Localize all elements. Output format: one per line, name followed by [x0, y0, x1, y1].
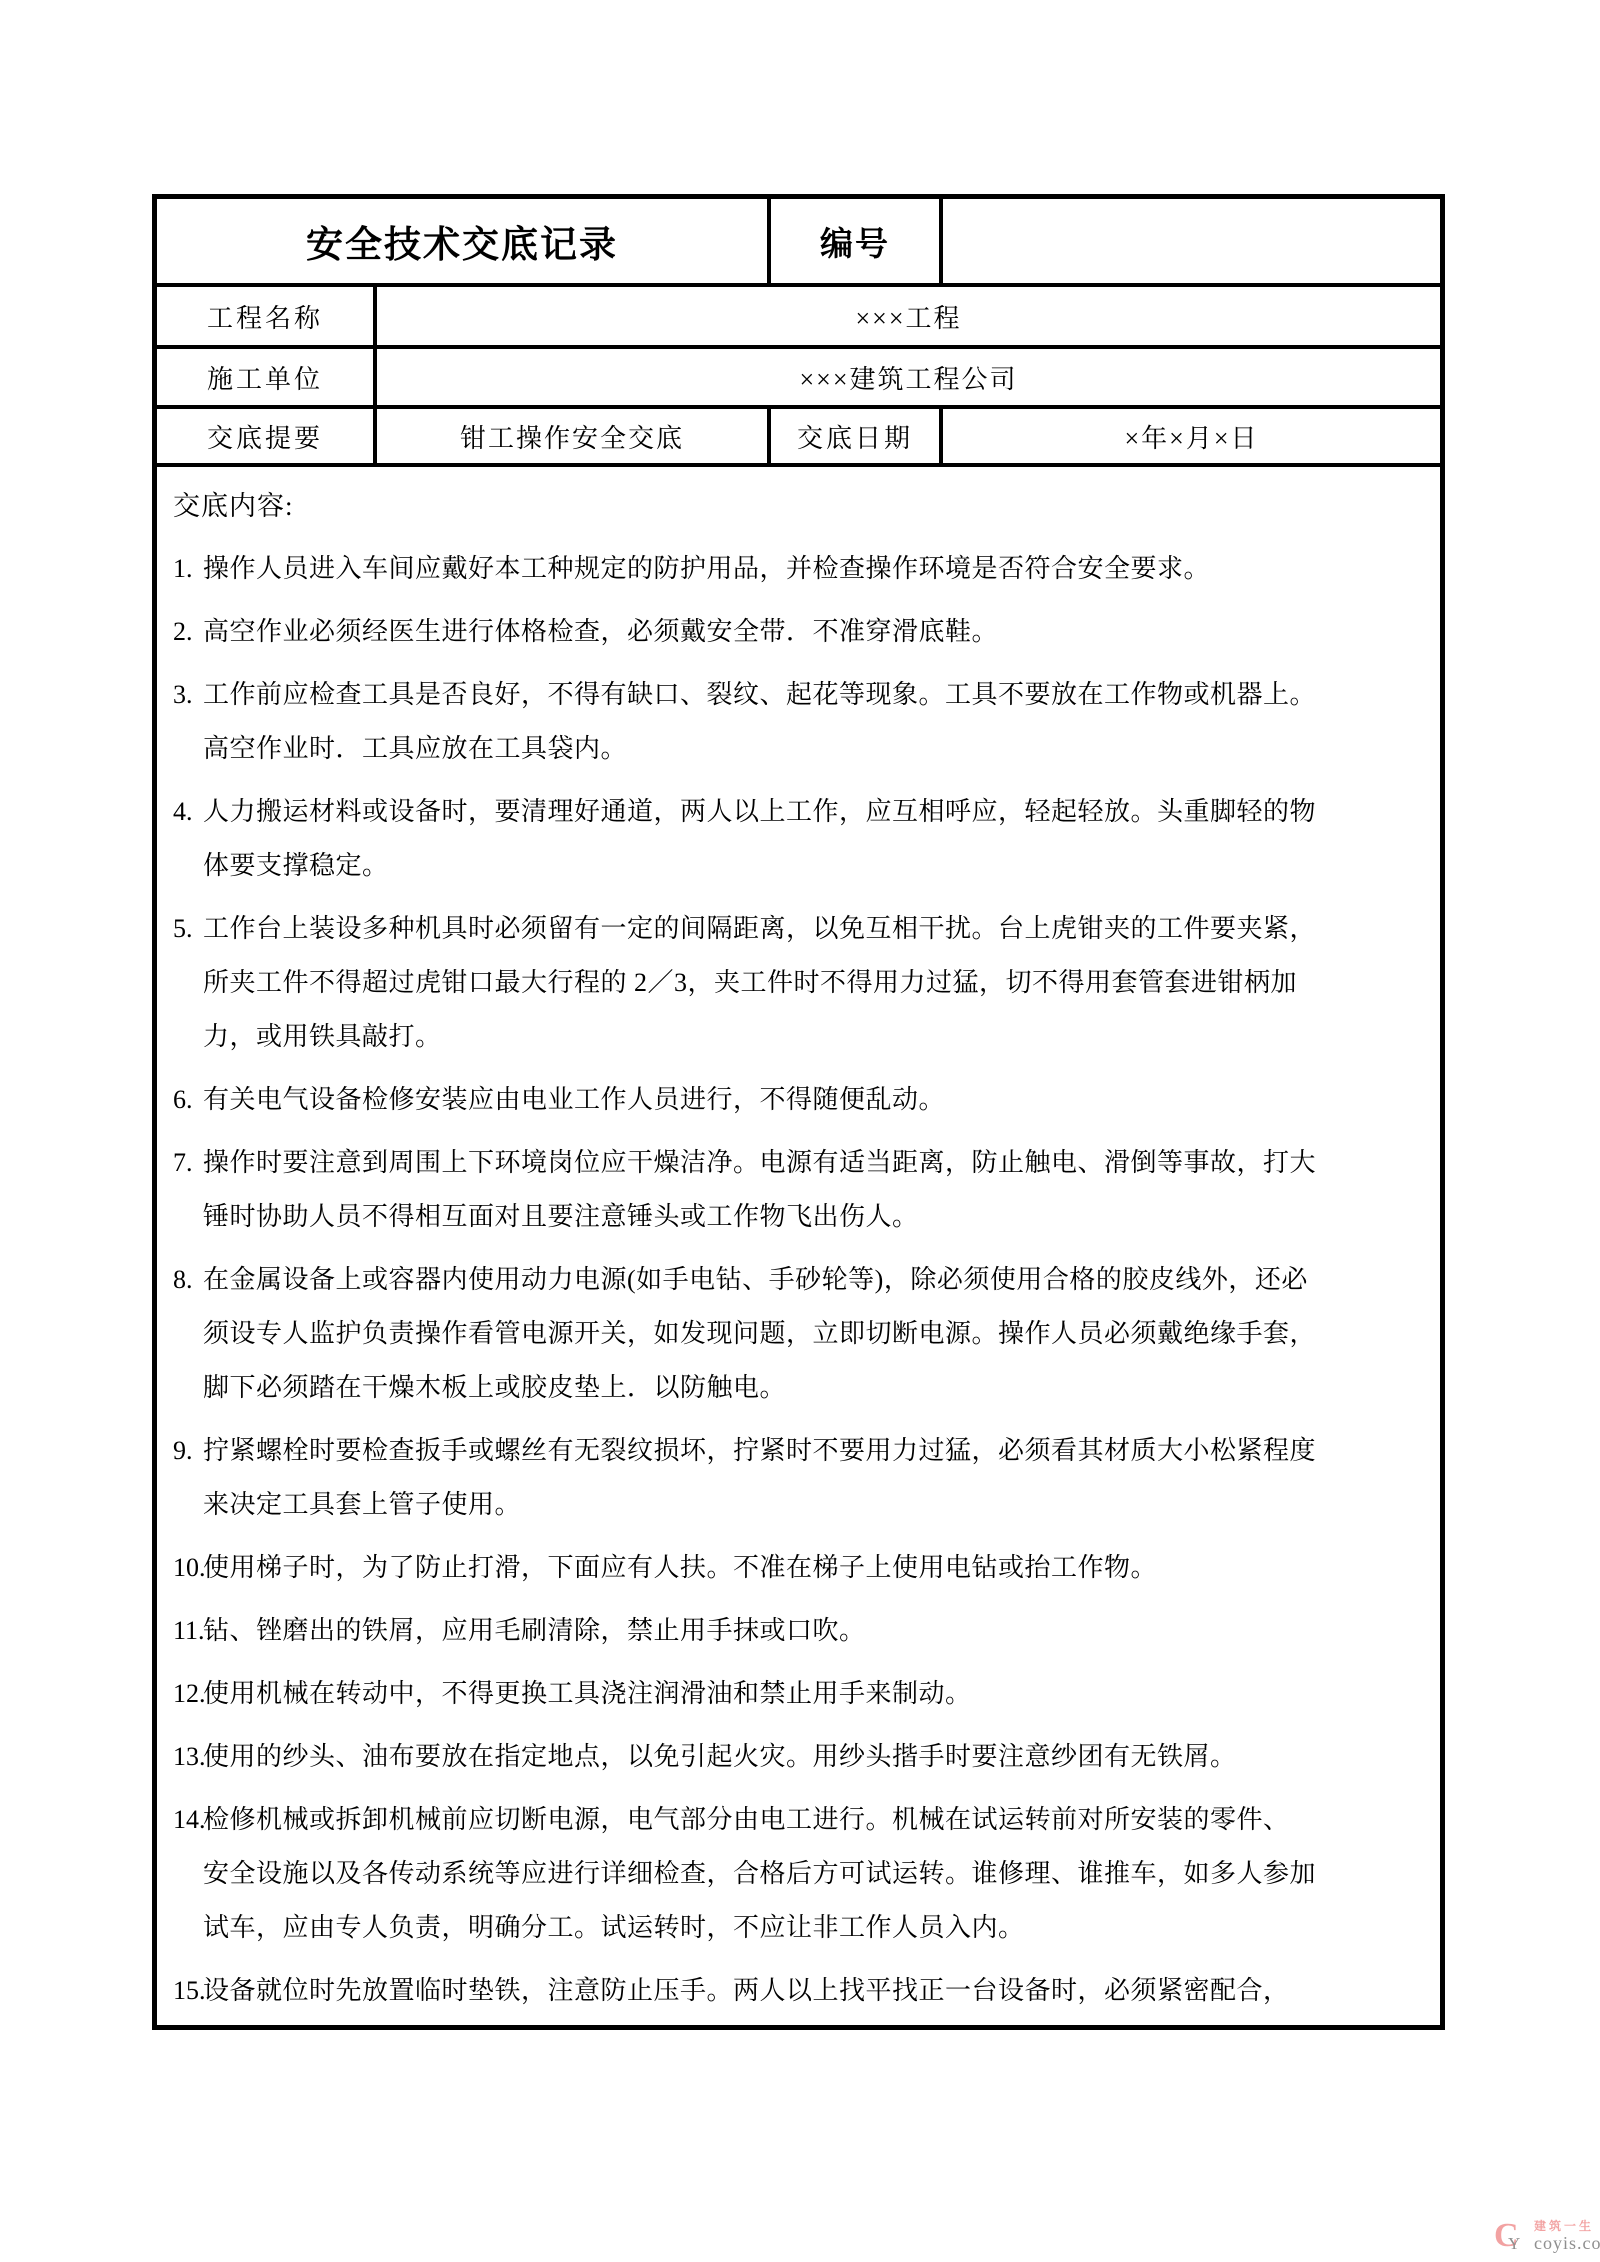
item-number: 13.	[173, 1730, 206, 1784]
project-name-label: 工程名称	[157, 287, 377, 345]
safety-item: 2.高空作业必须经医生进行体格检查，必须戴安全带．不准穿滑底鞋。	[173, 605, 1424, 659]
item-number: 11.	[173, 1604, 205, 1658]
safety-item: 1.操作人员进入车间应戴好本工种规定的防护用品，并检查操作环境是否符合安全要求。	[173, 542, 1424, 596]
safety-item: 10.使用梯子时，为了防止打滑，下面应有人扶。不准在梯子上使用电钻或抬工作物。	[173, 1541, 1424, 1595]
item-number: 7.	[173, 1136, 193, 1190]
item-number: 5.	[173, 902, 193, 956]
safety-item: 11.钻、锉磨出的铁屑，应用毛刷清除，禁止用手抹或口吹。	[173, 1604, 1424, 1658]
title-row: 安全技术交底记录 编号	[157, 199, 1440, 287]
project-name-value: ×××工程	[377, 287, 1440, 345]
coyis-logo-icon: C Y	[1494, 2219, 1528, 2257]
item-number: 3.	[173, 668, 193, 722]
safety-item: 8.在金属设备上或容器内使用动力电源(如手电钻、手砂轮等)，除必须使用合格的胶皮…	[173, 1253, 1424, 1415]
item-number: 10.	[173, 1541, 206, 1595]
item-line: 工作台上装设多种机具时必须留有一定的间隔距离，以免互相干扰。台上虎钳夹的工件要夹…	[203, 902, 1424, 956]
item-line: 使用梯子时，为了防止打滑，下面应有人扶。不准在梯子上使用电钻或抬工作物。	[203, 1541, 1424, 1595]
number-label: 编号	[771, 199, 943, 283]
item-number: 12.	[173, 1667, 206, 1721]
item-line: 拧紧螺栓时要检查扳手或螺丝有无裂纹损坏，拧紧时不要用力过猛，必须看其材质大小松紧…	[203, 1424, 1424, 1478]
safety-item: 9.拧紧螺栓时要检查扳手或螺丝有无裂纹损坏，拧紧时不要用力过猛，必须看其材质大小…	[173, 1424, 1424, 1532]
date-label: 交底日期	[771, 409, 943, 463]
brief-value: 钳工操作安全交底	[377, 409, 771, 463]
item-number: 6.	[173, 1073, 193, 1127]
safety-item: 12.使用机械在转动中，不得更换工具浇注润滑油和禁止用手来制动。	[173, 1667, 1424, 1721]
safety-item: 3.工作前应检查工具是否良好，不得有缺口、裂纹、起花等现象。工具不要放在工作物或…	[173, 668, 1424, 776]
item-line: 钻、锉磨出的铁屑，应用毛刷清除，禁止用手抹或口吹。	[203, 1604, 1424, 1658]
item-line: 有关电气设备检修安装应由电业工作人员进行，不得随便乱动。	[203, 1073, 1424, 1127]
item-line: 工作前应检查工具是否良好，不得有缺口、裂纹、起花等现象。工具不要放在工作物或机器…	[203, 668, 1424, 722]
item-number: 4.	[173, 785, 193, 839]
item-line: 设备就位时先放置临时垫铁，注意防止压手。两人以上找平找正一台设备时，必须紧密配合…	[203, 1964, 1424, 2018]
item-number: 1.	[173, 542, 193, 596]
item-number: 15.	[173, 1964, 206, 2018]
item-number: 14.	[173, 1793, 206, 1847]
item-number: 8.	[173, 1253, 193, 1307]
item-line: 人力搬运材料或设备时，要清理好通道，两人以上工作，应互相呼应，轻起轻放。头重脚轻…	[203, 785, 1424, 839]
item-line: 高空作业必须经医生进行体格检查，必须戴安全带．不准穿滑底鞋。	[203, 605, 1424, 659]
safety-item: 6.有关电气设备检修安装应由电业工作人员进行，不得随便乱动。	[173, 1073, 1424, 1127]
safety-item: 4.人力搬运材料或设备时，要清理好通道，两人以上工作，应互相呼应，轻起轻放。头重…	[173, 785, 1424, 893]
safety-item: 13.使用的纱头、油布要放在指定地点，以免引起火灾。用纱头揩手时要注意纱团有无铁…	[173, 1730, 1424, 1784]
item-number: 9.	[173, 1424, 193, 1478]
watermark-brand: 建筑一生	[1534, 2219, 1600, 2233]
safety-item: 15.设备就位时先放置临时垫铁，注意防止压手。两人以上找平找正一台设备时，必须紧…	[173, 1964, 1424, 2018]
item-line: 所夹工件不得超过虎钳口最大行程的 2／3，夹工件时不得用力过猛，切不得用套管套进…	[203, 956, 1424, 1010]
item-line: 使用机械在转动中，不得更换工具浇注润滑油和禁止用手来制动。	[203, 1667, 1424, 1721]
disclosure-content-cell: 交底内容: 1.操作人员进入车间应戴好本工种规定的防护用品，并检查操作环境是否符…	[157, 467, 1440, 2025]
construction-unit-value: ×××建筑工程公司	[377, 349, 1440, 405]
construction-unit-label: 施工单位	[157, 349, 377, 405]
project-name-row: 工程名称 ×××工程	[157, 287, 1440, 349]
content-heading: 交底内容:	[173, 479, 1424, 533]
document-title: 安全技术交底记录	[157, 199, 771, 283]
safety-item: 14.检修机械或拆卸机械前应切断电源，电气部分由电工进行。机械在试运转前对所安装…	[173, 1793, 1424, 1955]
item-line: 高空作业时．工具应放在工具袋内。	[203, 722, 1424, 776]
item-number: 2.	[173, 605, 193, 659]
item-line: 体要支撑稳定。	[203, 839, 1424, 893]
item-line: 力，或用铁具敲打。	[203, 1010, 1424, 1064]
item-line: 来决定工具套上管子使用。	[203, 1478, 1424, 1532]
item-line: 须设专人监护负责操作看管电源开关，如发现问题，立即切断电源。操作人员必须戴绝缘手…	[203, 1307, 1424, 1361]
safety-disclosure-table: 安全技术交底记录 编号 工程名称 ×××工程 施工单位 ×××建筑工程公司 交底…	[152, 194, 1445, 2030]
safety-item: 5.工作台上装设多种机具时必须留有一定的间隔距离，以免互相干扰。台上虎钳夹的工件…	[173, 902, 1424, 1064]
construction-unit-row: 施工单位 ×××建筑工程公司	[157, 349, 1440, 409]
item-line: 操作时要注意到周围上下环境岗位应干燥洁净。电源有适当距离，防止触电、滑倒等事故，…	[203, 1136, 1424, 1190]
watermark-site: coyis.com	[1534, 2233, 1600, 2253]
item-line: 在金属设备上或容器内使用动力电源(如手电钻、手砂轮等)，除必须使用合格的胶皮线外…	[203, 1253, 1424, 1307]
brief-row: 交底提要 钳工操作安全交底 交底日期 ×年×月×日	[157, 409, 1440, 467]
brief-label: 交底提要	[157, 409, 377, 463]
site-watermark: C Y 建筑一生 coyis.com	[1494, 2219, 1600, 2257]
item-line: 使用的纱头、油布要放在指定地点，以免引起火灾。用纱头揩手时要注意纱团有无铁屑。	[203, 1730, 1424, 1784]
item-line: 试车，应由专人负责，明确分工。试运转时，不应让非工作人员入内。	[203, 1901, 1424, 1955]
item-line: 检修机械或拆卸机械前应切断电源，电气部分由电工进行。机械在试运转前对所安装的零件…	[203, 1793, 1424, 1847]
item-line: 脚下必须踏在干燥木板上或胶皮垫上．以防触电。	[203, 1361, 1424, 1415]
item-line: 锤时协助人员不得相互面对且要注意锤头或工作物飞出伤人。	[203, 1190, 1424, 1244]
content-items: 1.操作人员进入车间应戴好本工种规定的防护用品，并检查操作环境是否符合安全要求。…	[173, 542, 1424, 2018]
item-line: 安全设施以及各传动系统等应进行详细检查，合格后方可试运转。谁修理、谁推车，如多人…	[203, 1847, 1424, 1901]
number-value	[943, 199, 1440, 283]
logo-letter-y: Y	[1508, 2235, 1520, 2252]
item-line: 操作人员进入车间应戴好本工种规定的防护用品，并检查操作环境是否符合安全要求。	[203, 542, 1424, 596]
date-value: ×年×月×日	[943, 409, 1440, 463]
watermark-text: 建筑一生 coyis.com	[1534, 2219, 1600, 2253]
safety-item: 7.操作时要注意到周围上下环境岗位应干燥洁净。电源有适当距离，防止触电、滑倒等事…	[173, 1136, 1424, 1244]
